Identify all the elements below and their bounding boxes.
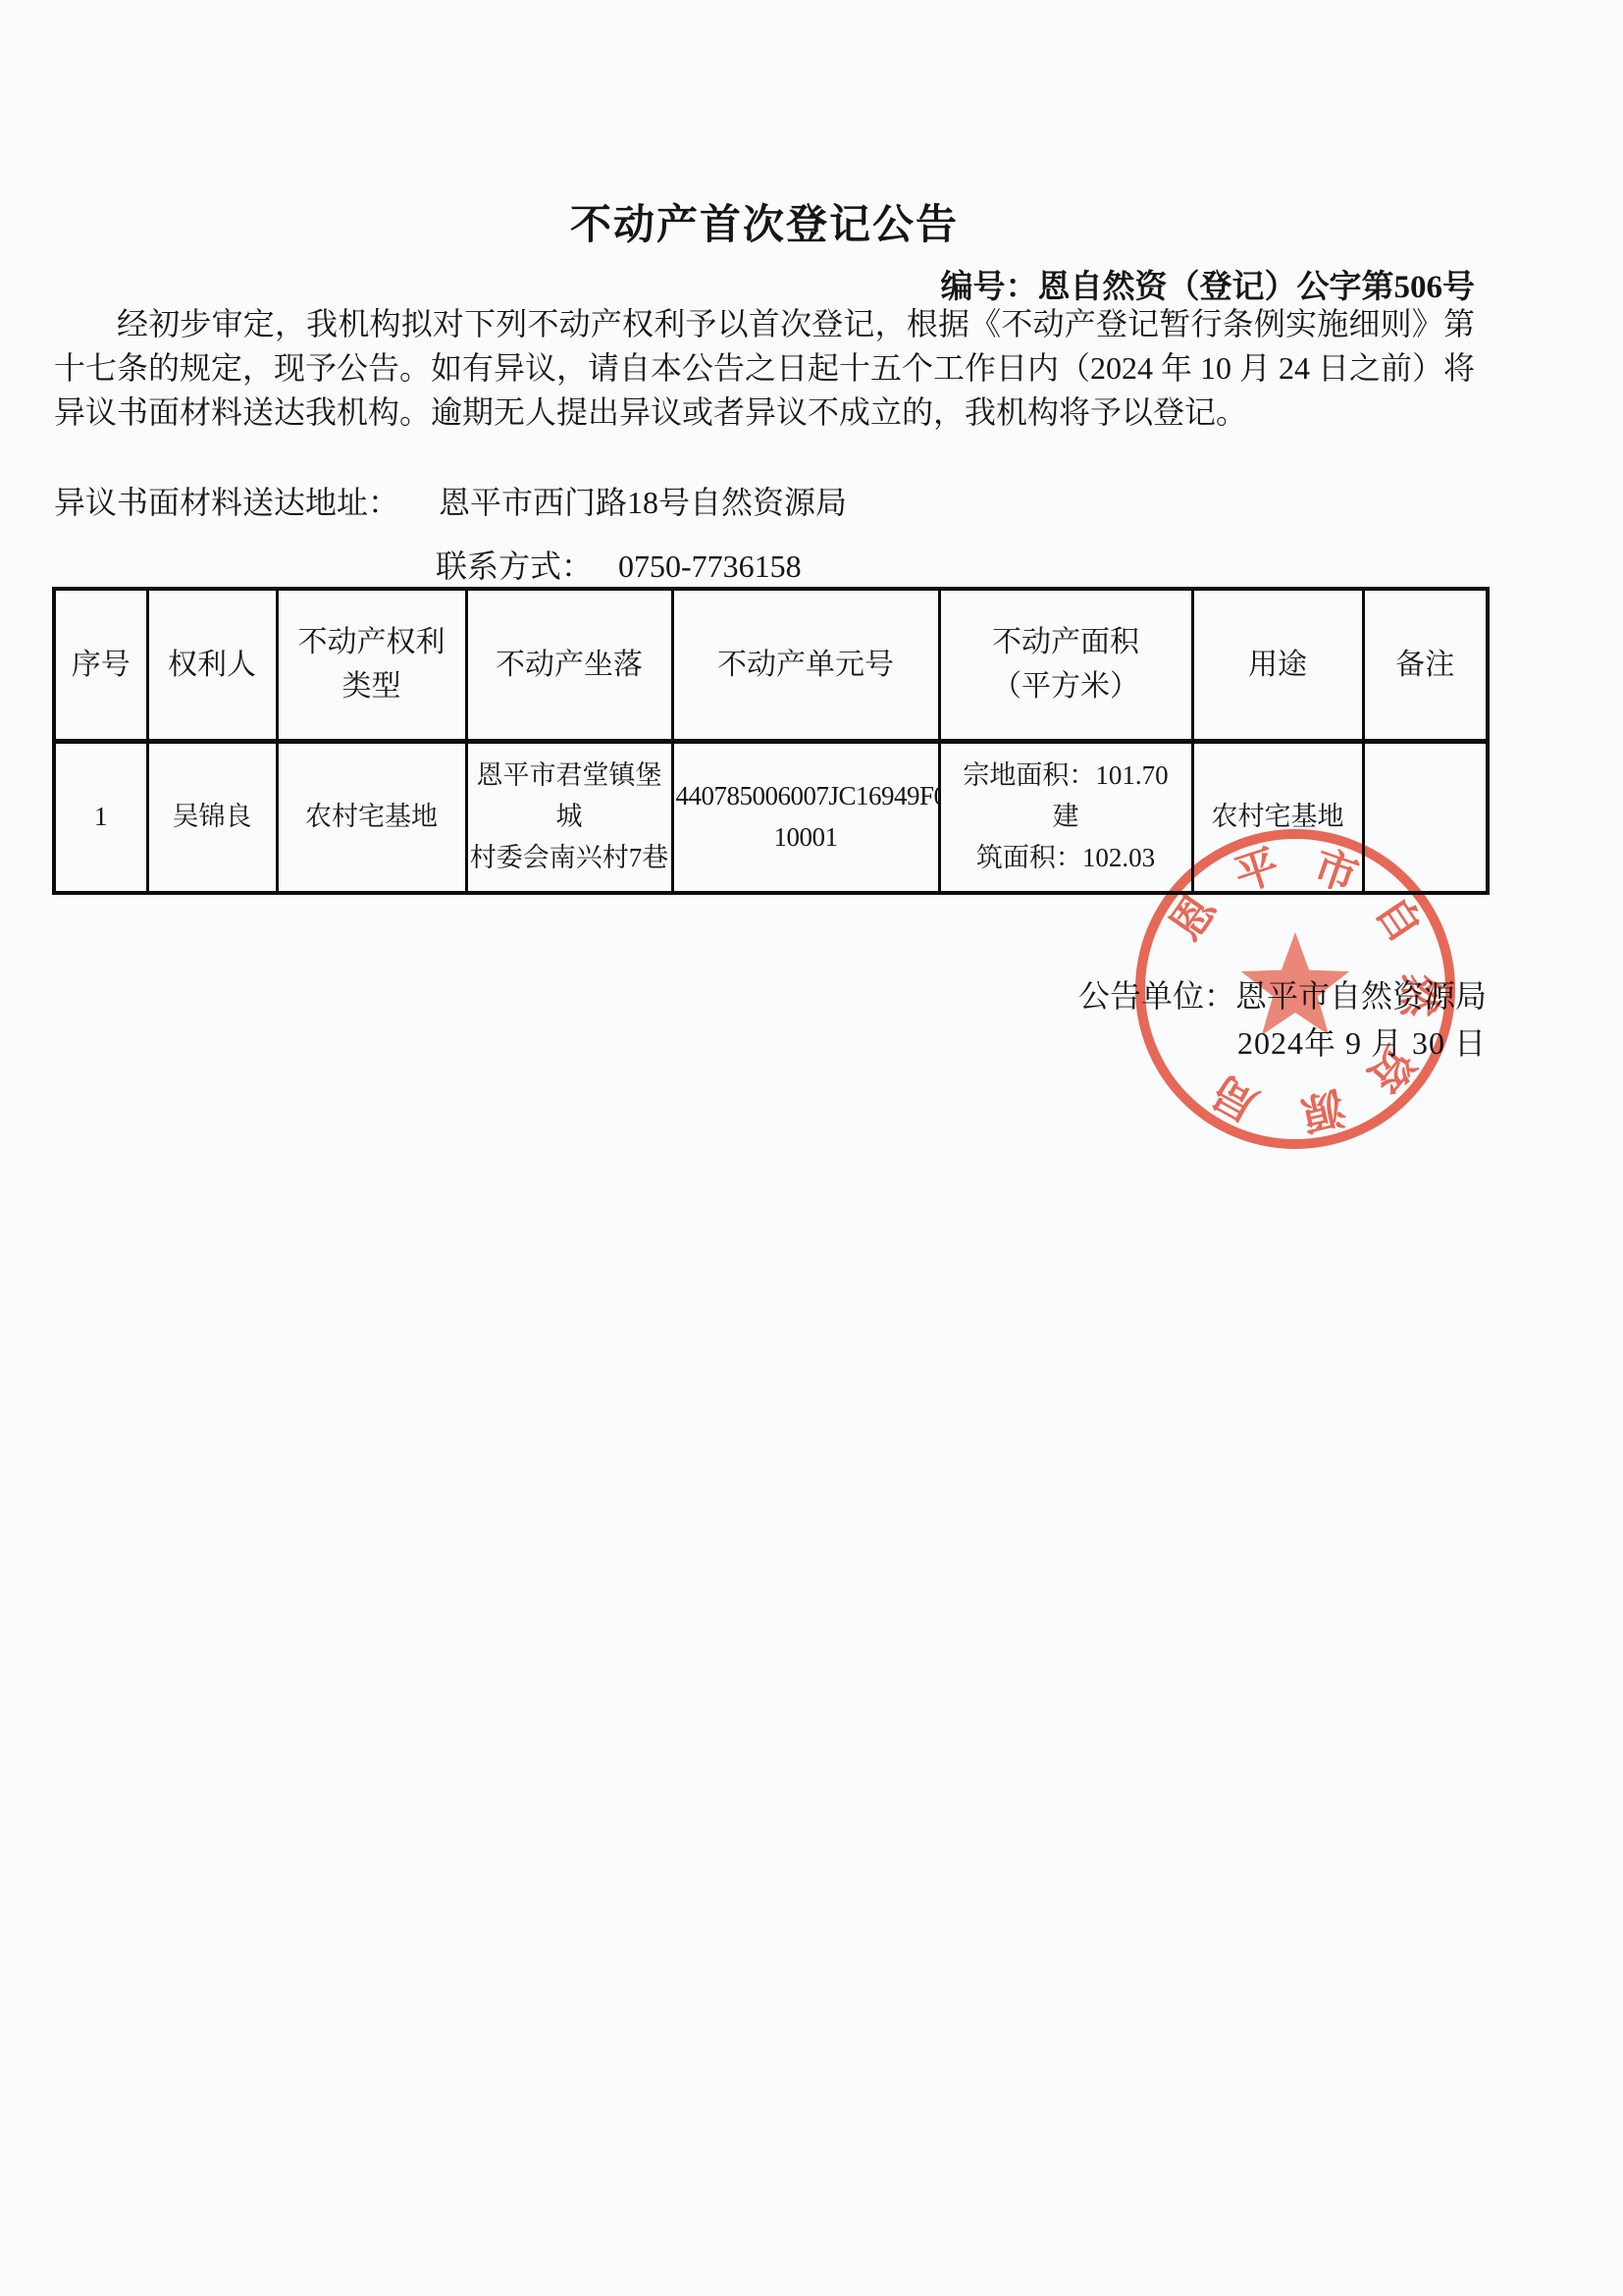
seal-char: 源	[1296, 1081, 1350, 1138]
announcement-date: 2024年 9 月 30 日	[54, 1018, 1487, 1064]
body-paragraph: 经初步审定，我机构拟对下列不动产权利予以首次登记，根据《不动产登记暂行条例实施细…	[54, 302, 1475, 435]
contact-value: 0750-7736158	[618, 548, 802, 584]
cell-right-type: 农村宅基地	[277, 741, 466, 893]
contact-line: 联系方式：0750-7736158	[436, 542, 802, 587]
page-title: 不动产首次登记公告	[54, 192, 1475, 251]
seal-char: 局	[1205, 1067, 1266, 1129]
cell-holder: 吴锦良	[147, 741, 277, 893]
cell-seq: 1	[54, 741, 147, 893]
contact-label: 联系方式：	[436, 548, 593, 584]
objection-address-value: 恩平市西门路18号自然资源局	[439, 485, 847, 520]
cell-use: 农村宅基地	[1192, 741, 1363, 893]
cell-remarks	[1363, 741, 1488, 893]
document-number: 编号：恩自然资（登记）公字第506号	[54, 261, 1475, 307]
col-header-use: 用途	[1192, 589, 1363, 741]
col-header-right-type: 不动产权利 类型	[277, 589, 466, 741]
seal-char: 自	[1366, 888, 1430, 951]
cell-location: 恩平市君堂镇堡城 村委会南兴村7巷	[466, 741, 672, 893]
table-row: 1 吴锦良 农村宅基地 恩平市君堂镇堡城 村委会南兴村7巷 4407850060…	[54, 741, 1488, 893]
announcing-unit-line: 公告单位：恩平市自然资源局	[54, 971, 1487, 1017]
col-header-remarks: 备注	[1363, 589, 1488, 741]
registration-table: 序号 权利人 不动产权利 类型 不动产坐落 不动产单元号 不动产面积 （平方米）…	[52, 587, 1490, 895]
objection-address-line: 异议书面材料送达地址：恩平市西门路18号自然资源局	[54, 478, 847, 523]
col-header-area: 不动产面积 （平方米）	[939, 589, 1192, 741]
col-header-location: 不动产坐落	[466, 589, 672, 741]
cell-area: 宗地面积：101.70 建 筑面积：102.03	[939, 741, 1192, 893]
cell-unit-number: 440785006007JC16949F000 10001	[672, 741, 939, 893]
announcement-page: 不动产首次登记公告 编号：恩自然资（登记）公字第506号 经初步审定，我机构拟对…	[0, 0, 1623, 2296]
col-header-seq: 序号	[54, 589, 147, 741]
table-header-row: 序号 权利人 不动产权利 类型 不动产坐落 不动产单元号 不动产面积 （平方米）…	[54, 589, 1488, 741]
seal-char: 恩	[1162, 886, 1227, 950]
col-header-unit-number: 不动产单元号	[672, 589, 939, 741]
col-header-holder: 权利人	[147, 589, 277, 741]
objection-address-label: 异议书面材料送达地址：	[54, 485, 399, 520]
